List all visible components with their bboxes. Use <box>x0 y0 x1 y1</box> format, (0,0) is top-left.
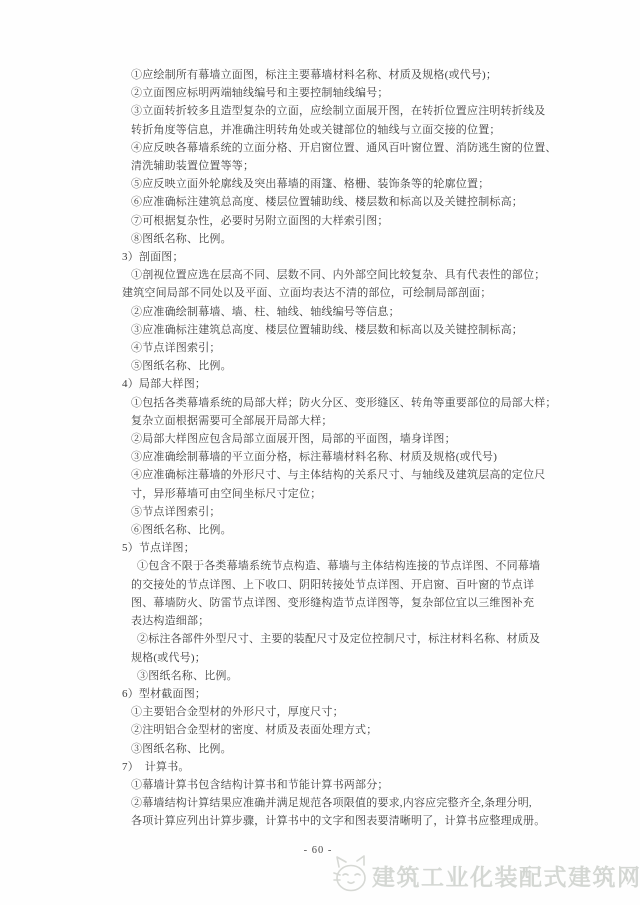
text-line: ⑤图纸名称、比例。 <box>131 357 552 375</box>
text-line: ②注明铝合金型材的密度、材质及表面处理方式； <box>131 721 552 739</box>
text-line: ⑤节点详图索引； <box>131 503 552 521</box>
text-line: ①应绘制所有幕墙立面图，标注主要幕墙材料名称、材质及规格(或代号)； <box>131 66 552 84</box>
text-line: ②应准确绘制幕墙、墙、柱、轴线、轴线编号等信息； <box>131 303 552 321</box>
text-line: 4）局部大样图； <box>122 375 552 393</box>
text-line: ③图纸名称、比例。 <box>137 667 552 685</box>
text-line: ④应准确标注幕墙的外形尺寸、与主体结构的关系尺寸、与轴线及建筑层高的定位尺 <box>131 466 552 484</box>
text-line: 清洗辅助装置位置等等； <box>131 157 552 175</box>
text-line: ⑦可根据复杂性，必要时另附立面图的大样索引图； <box>131 212 552 230</box>
text-line: ⑧图纸名称、比例。 <box>131 230 552 248</box>
text-line: 的交接处的节点详图、上下收口、阴阳转接处节点详图、开启窗、百叶窗的节点详 <box>131 576 552 594</box>
text-line: ⑤应反映立面外轮廓线及突出幕墙的雨篷、格栅、装饰条等的轮廓位置； <box>131 175 552 193</box>
text-line: ④节点详图索引； <box>131 339 552 357</box>
text-line: ①包含不限于各类幕墙系统节点构造、幕墙与主体结构连接的节点详图、不同幕墙 <box>137 557 552 575</box>
text-line: ⑥应准确标注建筑总高度、楼层位置辅助线、楼层数和标高以及关键控制标高； <box>131 193 552 211</box>
text-line: ②幕墙结构计算结果应准确并满足规范各项限值的要求,内容应完整齐全,条理分明, <box>131 794 552 812</box>
text-line: ①包括各类幕墙系统的局部大样；防火分区、变形缝区、转角等重要部位的局部大样； <box>131 394 552 412</box>
text-line: ③立面转折较多且造型复杂的立面，应绘制立面展开图，在转折位置应注明转折线及 <box>131 102 552 120</box>
document-body: ①应绘制所有幕墙立面图，标注主要幕墙材料名称、材质及规格(或代号)；②立面图应标… <box>122 66 552 831</box>
document-page: ①应绘制所有幕墙立面图，标注主要幕墙材料名称、材质及规格(或代号)；②立面图应标… <box>0 0 640 905</box>
text-line: 各项计算应列出计算步骤，计算书中的文字和图表要清晰明了，计算书应整理成册。 <box>131 812 552 830</box>
text-line: ①主要铝合金型材的外形尺寸，厚度尺寸； <box>131 703 552 721</box>
text-line: ②局部大样图应包含局部立面展开图，局部的平面图，墙身详图； <box>131 430 552 448</box>
text-line: 5）节点详图； <box>122 539 552 557</box>
text-line: ②标注各部件外型尺寸、主要的装配尺寸及定位控制尺寸，标注材料名称、材质及 <box>137 630 552 648</box>
text-line: ①剖视位置应选在层高不同、层数不同、内外部空间比较复杂、具有代表性的部位； <box>131 266 552 284</box>
watermark: 建筑工业化装配式建筑网 <box>333 853 640 897</box>
text-line: 6）型材截面图； <box>122 685 552 703</box>
text-line: ④应反映各幕墙系统的立面分格、开启窗位置、通风百叶窗位置、消防逃生窗的位置、 <box>131 139 552 157</box>
text-line: ③应准确标注建筑总高度、楼层位置辅助线、楼层数和标高以及关键控制标高； <box>131 321 552 339</box>
text-line: 3）剖面图； <box>122 248 552 266</box>
text-line: 图、幕墙防火、防雷节点详图、变形缝构造节点详图等，复杂部位宜以三维图补充 <box>131 594 552 612</box>
text-line: 复杂立面根据需要可全部展开局部大样； <box>131 412 552 430</box>
text-line: 7） 计算书。 <box>122 758 552 776</box>
text-line: ③应准确绘制幕墙的平立面分格，标注幕墙材料名称、材质及规格(或代号) <box>131 448 552 466</box>
text-line: 表达构造细部； <box>131 612 552 630</box>
text-line: 转折角度等信息，并准确注明转角处或关键部位的轴线与立面交接的位置； <box>131 121 552 139</box>
watermark-text: 建筑工业化装配式建筑网 <box>372 859 640 892</box>
page-number: - 60 - <box>304 845 333 856</box>
cat-logo-icon <box>333 853 371 897</box>
text-line: 建筑空间局部不同处以及平面、立面均表达不清的部位，可绘制局部剖面； <box>122 284 552 302</box>
text-line: 寸，异形幕墙可由空间坐标尺寸定位； <box>131 485 552 503</box>
text-line: ②立面图应标明两端轴线编号和主要控制轴线编号； <box>131 84 552 102</box>
text-line: 规格(或代号)； <box>131 649 552 667</box>
text-line: ⑥图纸名称、比例。 <box>131 521 552 539</box>
text-line: ③图纸名称、比例。 <box>131 740 552 758</box>
text-line: ①幕墙计算书包含结构计算书和节能计算书两部分； <box>131 776 552 794</box>
